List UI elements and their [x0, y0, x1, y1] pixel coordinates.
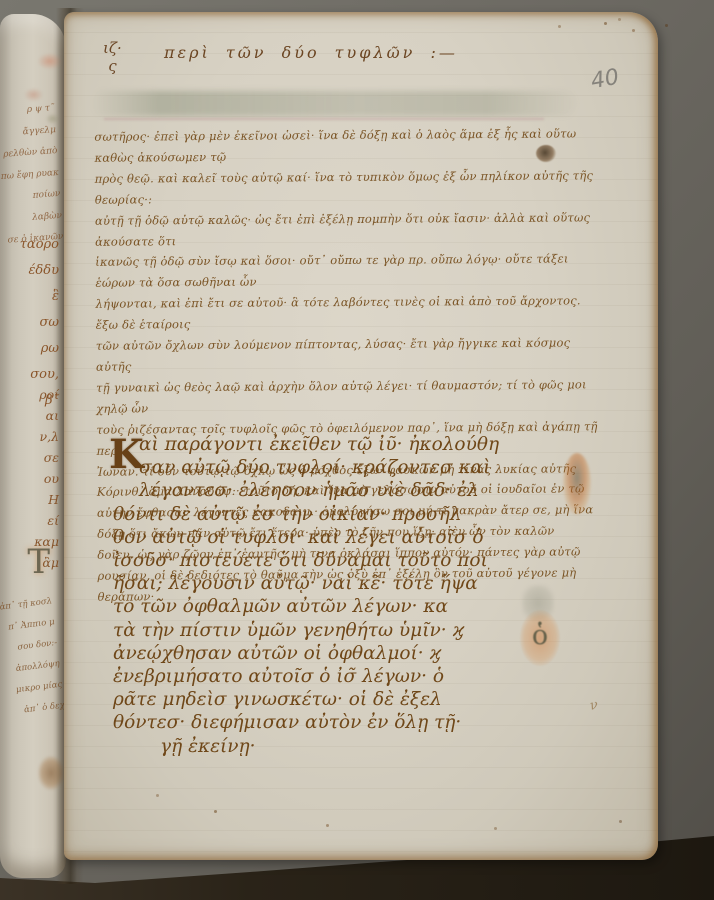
leaf-initial-letter: Τ	[27, 542, 50, 582]
gospel-lines: αὶ παράγοντι ἐκεῖθεν τῷ ἰῦ· ἠκολούθη σαν…	[113, 434, 499, 757]
gospel-text-block: Καὶ παράγοντι ἐκεῖθεν τῷ ἰῦ· ἠκολούθη σα…	[113, 433, 587, 758]
page-title: περὶ τῶν δύο τυφλῶν :—	[164, 43, 458, 62]
smudge-band	[92, 91, 576, 116]
ink-speckles-top	[604, 22, 607, 25]
ink-speckles-bottom	[214, 810, 217, 813]
pencil-mark: ν	[588, 697, 599, 713]
folio-number-pencil: 40	[589, 65, 621, 94]
smudge-line	[104, 118, 544, 120]
leaf-text-fragments-top: ρ ψ τ῀ ἄγγελμ ρελθὼν ἀπὸ πω ἔφη ρυακ ποί…	[0, 98, 64, 252]
chapter-number: ιζ· ς	[103, 39, 122, 75]
drop-cap-kappa: Κ	[109, 433, 139, 480]
manuscript-page-folio-40: ιζ· ς περὶ τῶν δύο τυφλῶν :— 40 σωτῆρος·…	[64, 12, 658, 860]
bleedthrough-letter: ὁ	[520, 610, 560, 666]
